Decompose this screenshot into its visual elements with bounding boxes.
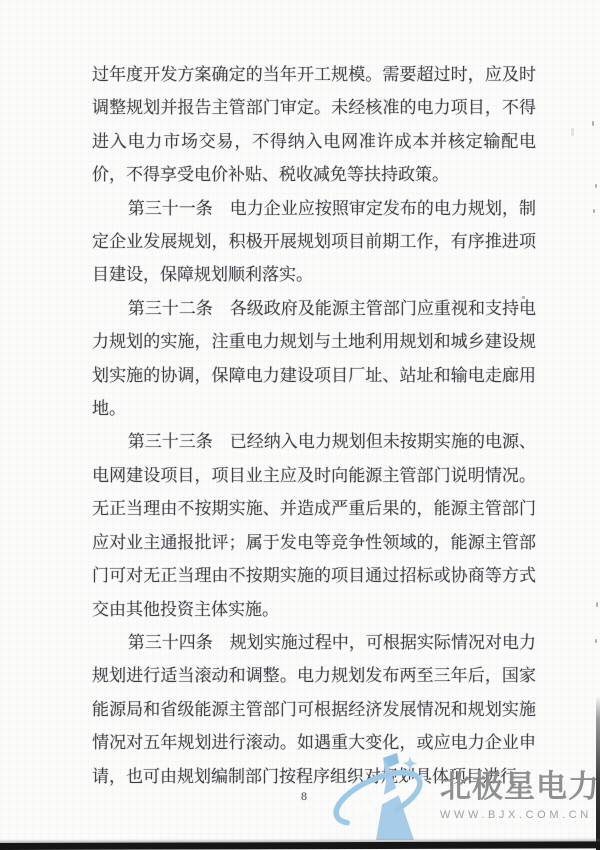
paragraph-article-33: 第三十三条 已经纳入电力规划但未按期实施的电源、电网建设项目，项目业主应及时向能… bbox=[92, 425, 536, 625]
scan-smudge bbox=[571, 128, 574, 136]
bjx-logo-title: 北极星电力网 bbox=[440, 770, 600, 804]
scan-speck bbox=[522, 296, 525, 299]
paragraph-continuation: 过年度开发方案确定的当年开工规模。需要超过时，应及时调整规划并报告主管部门审定。… bbox=[92, 58, 536, 192]
bjx-logo-text-block: 北极星电力网 WWW.BJX.COM.CN bbox=[440, 748, 600, 821]
paragraph-article-32: 第三十二条 各级政府及能源主管部门应重视和支持电力规划的实施，注重电力规划与土地… bbox=[92, 292, 536, 426]
bjx-logo-icon bbox=[326, 748, 438, 846]
scan-speck bbox=[596, 602, 598, 607]
watermark-bjx: 北极星电力网 WWW.BJX.COM.CN bbox=[326, 748, 600, 846]
scan-right-edge-shadow bbox=[596, 696, 600, 850]
scan-speck bbox=[593, 209, 595, 213]
scan-speck bbox=[595, 184, 597, 188]
scan-bottom-edge bbox=[0, 841, 600, 850]
scan-speck bbox=[595, 639, 597, 643]
bjx-logo-url: WWW.BJX.COM.CN bbox=[440, 809, 600, 821]
document-body: 过年度开发方案确定的当年开工规模。需要超过时，应及时调整规划并报告主管部门审定。… bbox=[92, 58, 536, 793]
paragraph-article-31: 第三十一条 电力企业应按照审定发布的电力规划，制定企业发展规划，积极开展规划项目… bbox=[92, 192, 536, 292]
scan-speck bbox=[592, 121, 594, 126]
